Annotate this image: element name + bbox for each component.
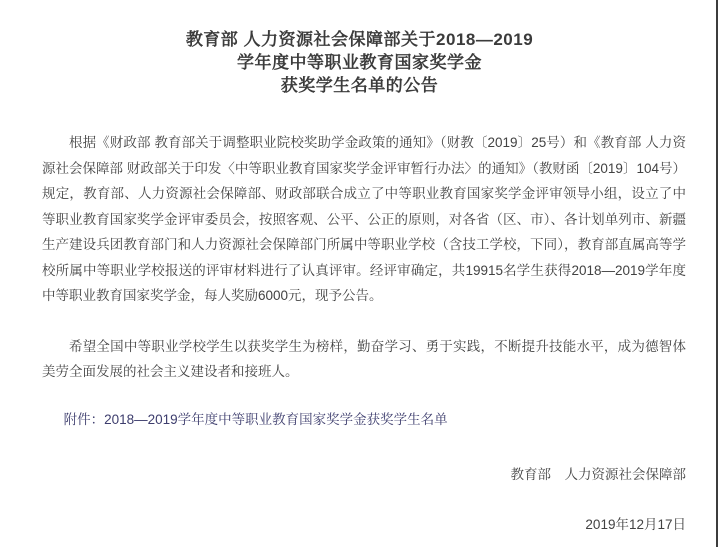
attachment-link[interactable]: 附件：2018—2019学年度中等职业教育国家奖学金获奖学生名单 (42, 407, 686, 433)
document-body: 根据《财政部 教育部关于调整职业院校奖助学金政策的通知》（财教〔2019〕25号… (0, 130, 719, 537)
body-paragraph: 根据《财政部 教育部关于调整职业院校奖助学金政策的通知》（财教〔2019〕25号… (42, 130, 686, 309)
announcement-document: 教育部 人力资源社会保障部关于2018—2019 学年度中等职业教育国家奖学金 … (0, 0, 719, 547)
issuer-signature: 教育部 人力资源社会保障部 (42, 462, 686, 488)
document-title-line: 学年度中等职业教育国家奖学金 (0, 51, 719, 74)
issue-date: 2019年12月17日 (42, 512, 686, 538)
window-right-border (716, 0, 718, 547)
document-title-line: 教育部 人力资源社会保障部关于2018—2019 (0, 28, 719, 51)
body-paragraph: 希望全国中等职业学校学生以获奖学生为榜样，勤奋学习、勇于实践，不断提升技能水平，… (42, 334, 686, 385)
document-title-line: 获奖学生名单的公告 (0, 74, 719, 97)
document-title: 教育部 人力资源社会保障部关于2018—2019 学年度中等职业教育国家奖学金 … (0, 0, 719, 97)
